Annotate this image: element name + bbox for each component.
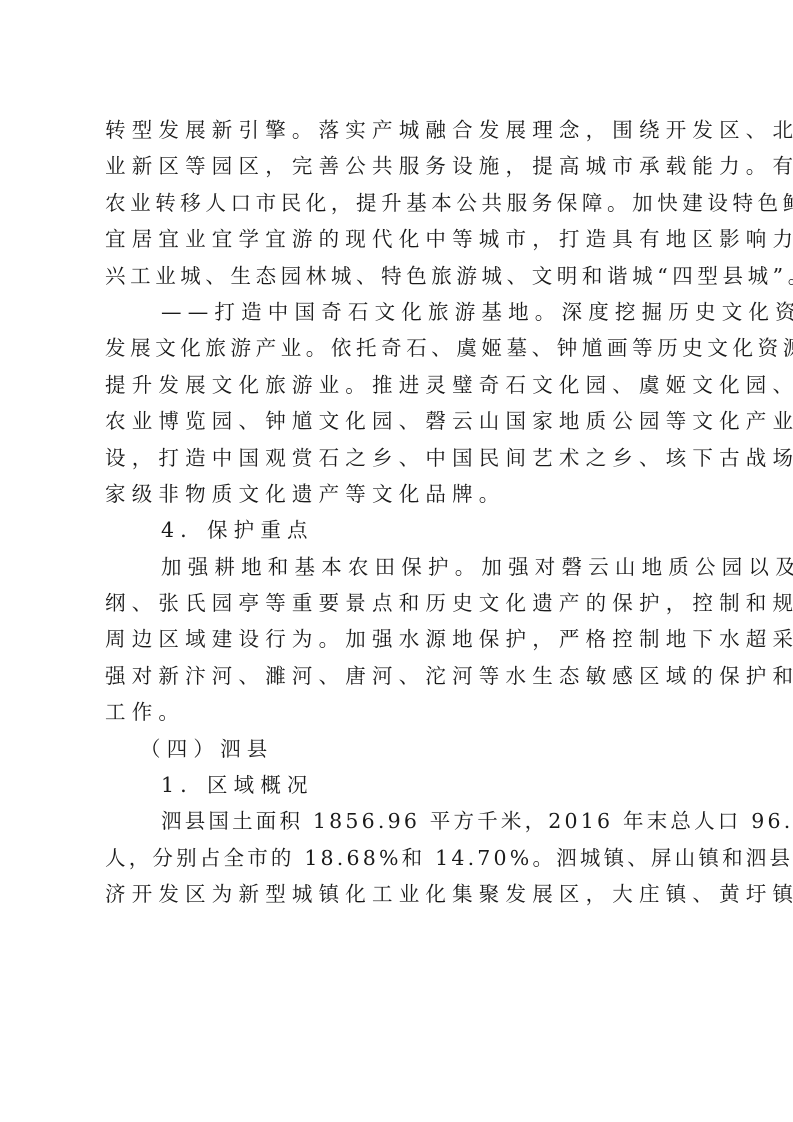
- paragraph-line: 人，分别占全市的 18.68%和 14.70%。泗城镇、屏山镇和泗县经: [105, 840, 693, 876]
- paragraph-line: 纲、张氏园亭等重要景点和历史文化遗产的保护，控制和规范其: [105, 585, 693, 621]
- paragraph-line: 发展文化旅游产业。依托奇石、虞姬墓、钟馗画等历史文化资源，: [105, 330, 693, 366]
- paragraph-line: 周边区域建设行为。加强水源地保护，严格控制地下水超采，加: [105, 621, 693, 657]
- paragraph-line: 加强耕地和基本农田保护。加强对磬云山地质公园以及花石: [105, 549, 693, 585]
- document-page: 转型发展新引擎。落实产城融合发展理念，围绕开发区、北部工 业新区等园区，完善公共…: [105, 112, 693, 913]
- paragraph-line: 农业博览园、钟馗文化园、磬云山国家地质公园等文化产业园建: [105, 403, 693, 439]
- paragraph-line: 家级非物质文化遗产等文化品牌。: [105, 476, 693, 512]
- paragraph-line: 提升发展文化旅游业。推进灵璧奇石文化园、虞姬文化园、现代: [105, 367, 693, 403]
- paragraph-line: 工作。: [105, 694, 693, 730]
- paragraph-line: 业新区等园区，完善公共服务设施，提高城市承载能力。有序推进: [105, 148, 693, 184]
- paragraph-line: 农业转移人口市民化，提升基本公共服务保障。加快建设特色鲜明、: [105, 185, 693, 221]
- paragraph-line: 宜居宜业宜学宜游的现代化中等城市，打造具有地区影响力的新: [105, 221, 693, 257]
- paragraph-line: 转型发展新引擎。落实产城融合发展理念，围绕开发区、北部工: [105, 112, 693, 148]
- chapter-heading-sixian: （四）泗县: [105, 731, 693, 767]
- bullet-heading-line: ——打造中国奇石文化旅游基地。深度挖掘历史文化资源，: [105, 294, 693, 330]
- paragraph-line: 强对新汴河、濉河、唐河、沱河等水生态敏感区域的保护和治理: [105, 658, 693, 694]
- section-heading-protection: 4．保护重点: [105, 512, 693, 548]
- paragraph-line: 泗县国土面积 1856.96 平方千米，2016 年末总人口 96.15 万: [105, 803, 693, 839]
- paragraph-line: 设，打造中国观赏石之乡、中国民间艺术之乡、垓下古战场、国: [105, 440, 693, 476]
- section-heading-overview: 1．区域概况: [105, 767, 693, 803]
- paragraph-line: 兴工业城、生态园林城、特色旅游城、文明和谐城“四型县城”。: [105, 258, 693, 294]
- paragraph-line: 济开发区为新型城镇化工业化集聚发展区，大庄镇、黄圩镇、黑: [105, 876, 693, 912]
